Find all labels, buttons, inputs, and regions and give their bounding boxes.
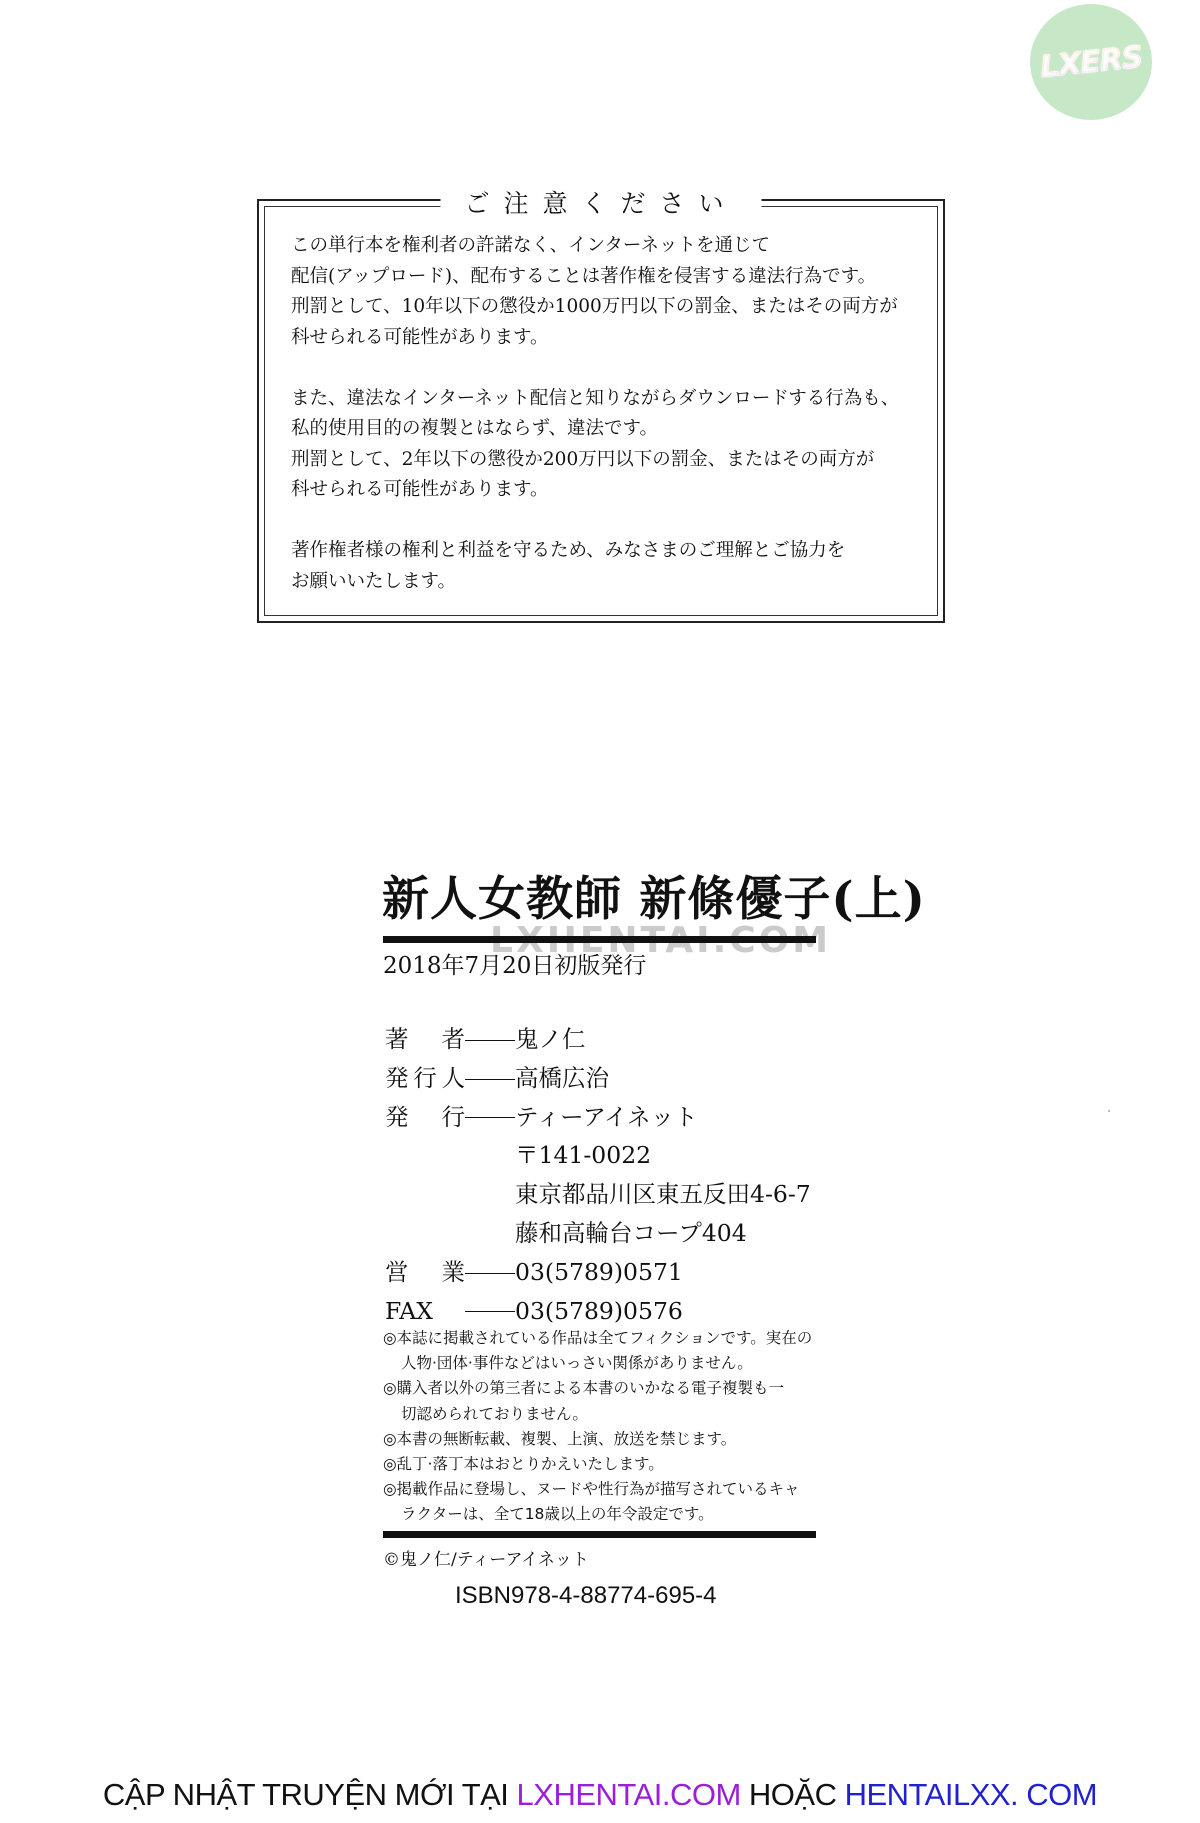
note-line: ◎本誌に掲載されている作品は全てフィクションです。実在の <box>383 1326 812 1351</box>
credit-row-address-1: 東京都品川区東五反田4-6-7 <box>385 1175 811 1214</box>
credit-label: 営業 <box>385 1253 465 1292</box>
notice-body: この単行本を権利者の許諾なく、インターネットを通じて 配信(アップロード)、配布… <box>291 231 919 597</box>
notice-line: この単行本を権利者の許諾なく、インターネットを通じて <box>291 235 770 256</box>
credit-row-fax: FAX03(5789)0576 <box>385 1292 811 1331</box>
bottom-rule <box>383 1531 816 1538</box>
notice-line: 科せられる可能性があります。 <box>291 479 549 500</box>
credit-row-sales: 営業03(5789)0571 <box>385 1253 811 1292</box>
title-rule <box>383 936 816 943</box>
note-line: ◎乱丁·落丁本はおとりかえいたします。 <box>383 1452 812 1477</box>
credit-label: 発行 <box>385 1098 465 1137</box>
note-line: ◎本書の無断転載、複製、上演、放送を禁じます。 <box>383 1427 812 1452</box>
phone-number: 03(5789)0571 <box>515 1253 683 1292</box>
notice-title: ご注意ください <box>440 184 761 220</box>
notice-line: また、違法なインターネット配信と知りながらダウンロードする行為も、 <box>291 388 899 409</box>
credit-value: 高橋広治 <box>515 1059 609 1098</box>
promo-banner: CẬP NHẬT TRUYỆN MỚI TẠI LXHENTAI.COM HOẶ… <box>0 1777 1200 1813</box>
notice-line: 刑罰として、2年以下の懲役か200万円以下の罰金、またはその両方が <box>291 449 874 470</box>
notice-line: お願いいたします。 <box>291 571 456 592</box>
banner-middle: HOẶC <box>741 1777 845 1812</box>
lxers-logo-text: LXERS <box>1038 39 1144 85</box>
credit-value: 鬼ノ仁 <box>515 1020 586 1059</box>
notice-paragraph-2: また、違法なインターネット配信と知りながらダウンロードする行為も、 私的使用目的… <box>291 384 919 506</box>
address-line: 東京都品川区東五反田4-6-7 <box>515 1175 811 1214</box>
lxers-logo-badge: LXERS <box>1030 4 1152 120</box>
notice-paragraph-1: この単行本を権利者の許諾なく、インターネットを通じて 配信(アップロード)、配布… <box>291 231 919 353</box>
dash-divider <box>465 1079 515 1080</box>
book-title: 新人女教師 新條優子(上) <box>382 862 926 929</box>
copyright-line: ©鬼ノ仁/ティーアイネット <box>383 1545 589 1570</box>
credit-label: FAX <box>385 1292 465 1331</box>
credit-label: 著者 <box>385 1020 465 1059</box>
credit-row-address-2: 藤和高輪台コープ404 <box>385 1214 811 1253</box>
banner-prefix: CẬP NHẬT TRUYỆN MỚI TẠI <box>103 1777 517 1812</box>
note-line: ◎掲載作品に登場し、ヌードや性行為が描写されているキャ <box>383 1477 812 1502</box>
address-line: 藤和高輪台コープ404 <box>515 1214 747 1253</box>
note-line: 人物·団体·事件などはいっさい関係がありません。 <box>383 1351 812 1376</box>
legal-notes: ◎本誌に掲載されている作品は全てフィクションです。実在の 人物·団体·事件などは… <box>383 1326 812 1528</box>
notice-paragraph-3: 著作権者様の権利と利益を守るため、みなさまのご理解とご協力を お願いいたします。 <box>291 536 919 597</box>
publication-date: 2018年7月20日初版発行 <box>383 947 646 980</box>
notice-line: 科せられる可能性があります。 <box>291 327 549 348</box>
credit-row-publisher-person: 発行人高橋広治 <box>385 1059 811 1098</box>
notice-line: 著作権者様の権利と利益を守るため、みなさまのご理解とご協力を <box>291 540 845 561</box>
copyright-notice-box: ご注意ください この単行本を権利者の許諾なく、インターネットを通じて 配信(アッ… <box>257 199 945 623</box>
credit-row-publisher: 発行ティーアイネット <box>385 1098 811 1137</box>
dash-divider <box>465 1273 515 1274</box>
credit-value: ティーアイネット <box>515 1098 698 1137</box>
dash-divider <box>465 1040 515 1041</box>
banner-link-hentailxx[interactable]: HENTAILXX. COM <box>845 1777 1098 1812</box>
note-line: 切認められておりません。 <box>383 1402 812 1427</box>
note-line: ラクターは、全て18歳以上の年令設定です。 <box>383 1502 812 1527</box>
notice-line: 私的使用目的の複製とはならず、違法です。 <box>291 418 658 439</box>
credit-label: 発行人 <box>385 1059 465 1098</box>
isbn: ISBN978-4-88774-695-4 <box>455 1582 717 1610</box>
credit-row-postal: 〒141-0022 <box>385 1136 811 1175</box>
dash-divider <box>465 1311 515 1312</box>
dash-divider <box>465 1117 515 1118</box>
notice-line: 配信(アップロード)、配布することは著作権を侵害する違法行為です。 <box>291 266 876 287</box>
speck <box>1108 1110 1110 1112</box>
fax-number: 03(5789)0576 <box>515 1292 683 1331</box>
postal-code: 〒141-0022 <box>515 1136 651 1175</box>
banner-link-lxhentai[interactable]: LXHENTAI.COM <box>517 1777 741 1812</box>
credit-row-author: 著者鬼ノ仁 <box>385 1020 811 1059</box>
credits-list: 著者鬼ノ仁 発行人高橋広治 発行ティーアイネット 〒141-0022 東京都品川… <box>385 1020 811 1330</box>
notice-line: 刑罰として、10年以下の懲役か1000万円以下の罰金、またはその両方が <box>291 296 898 317</box>
note-line: ◎購入者以外の第三者による本書のいかなる電子複製も一 <box>383 1376 812 1401</box>
